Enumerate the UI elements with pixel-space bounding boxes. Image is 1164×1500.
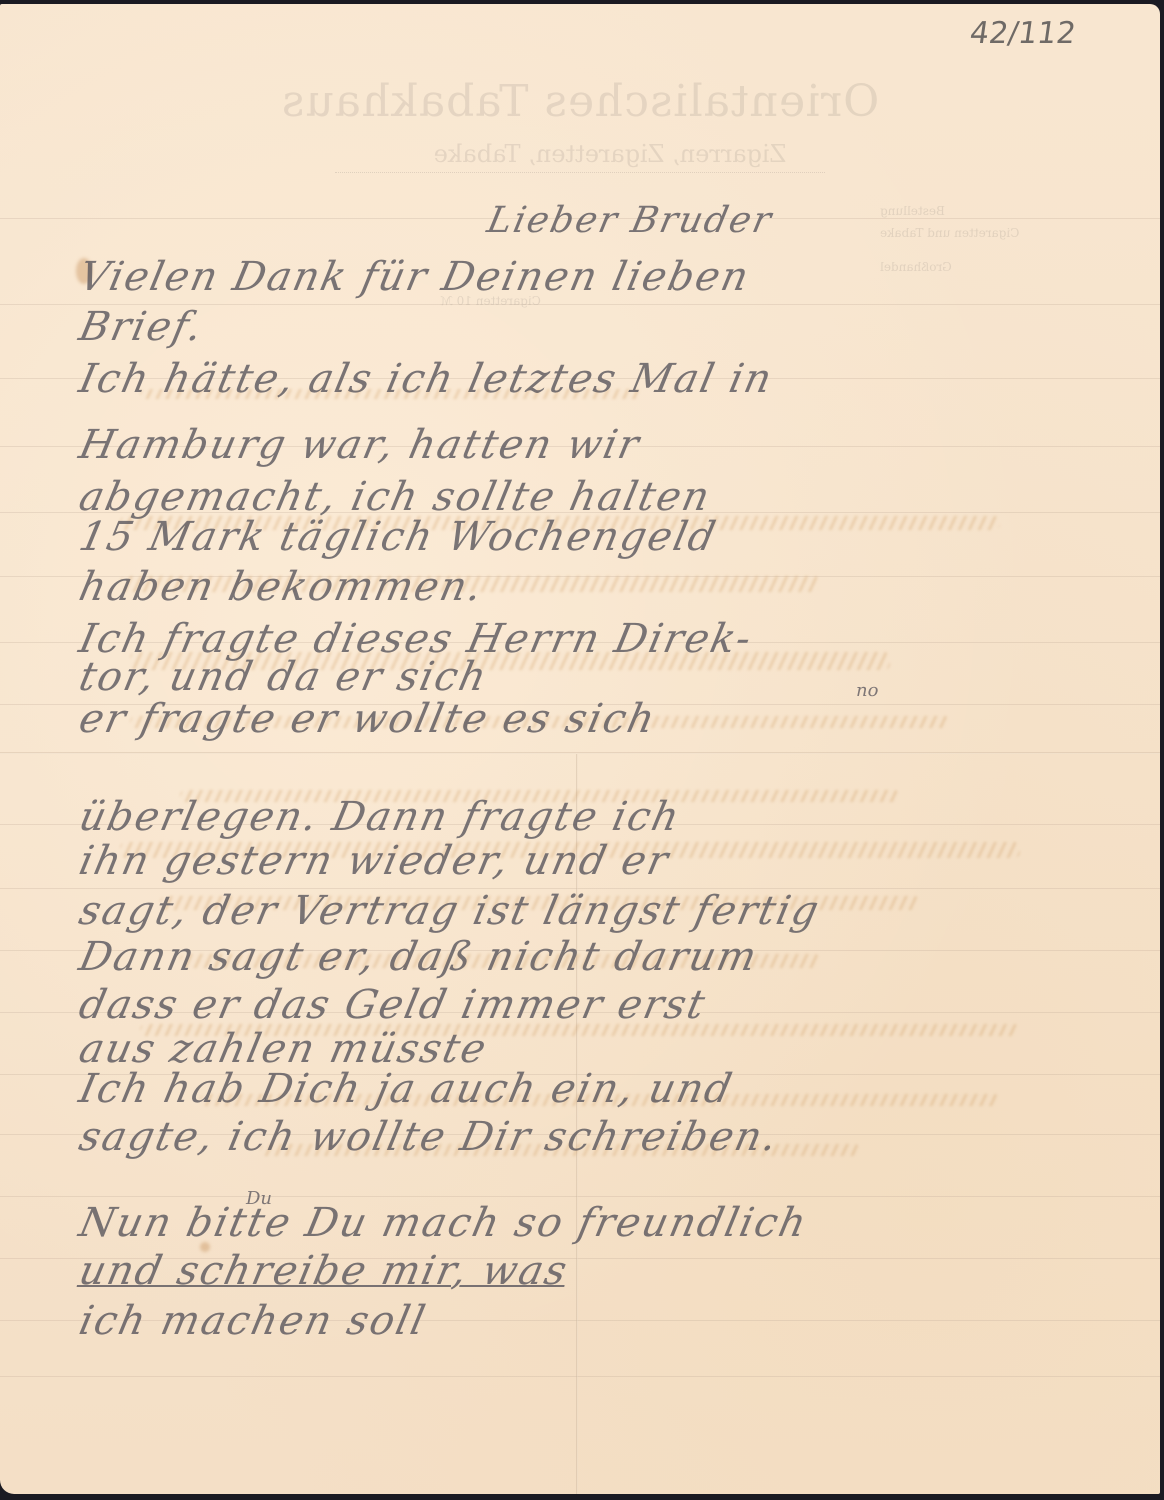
letter-sheet: Orientalisches Tabakhaus Zigarren, Zigar… bbox=[0, 4, 1160, 1494]
letter-line: Nun bitte Du mach so freundlich bbox=[75, 1200, 812, 1246]
letter-line: Ich hätte, als ich letztes Mal in bbox=[75, 356, 777, 402]
letterhead-side-line: Großhandel bbox=[880, 260, 952, 274]
letter-line: Hamburg war, hatten wir bbox=[75, 422, 645, 468]
letter-line: und schreibe mir, was bbox=[75, 1248, 572, 1294]
letter-line: sagt, der Vertrag ist längst fertig bbox=[75, 888, 824, 934]
letter-line: Ich hab Dich ja auch ein, und bbox=[75, 1066, 737, 1112]
letterhead-company: Orientalisches Tabakhaus bbox=[240, 76, 920, 127]
letterhead-rule bbox=[335, 172, 825, 173]
letter-line: Brief. bbox=[75, 304, 208, 350]
interlinear-insertion: no bbox=[856, 680, 878, 701]
letter-line: 15 Mark täglich Wochengeld bbox=[75, 514, 721, 560]
letter-line: tor, und da er sich bbox=[75, 654, 492, 700]
salutation: Lieber Bruder bbox=[484, 200, 777, 241]
letter-line: haben bekommen. bbox=[75, 564, 488, 610]
letter-line: überlegen. Dann fragte ich bbox=[75, 794, 685, 840]
ruled-line bbox=[0, 1196, 1160, 1197]
letter-line: dass er das Geld immer erst bbox=[75, 982, 710, 1028]
archive-number: 42/112 bbox=[968, 16, 1078, 51]
horizontal-fold bbox=[0, 752, 1160, 754]
letterhead-side-line: Bestellung bbox=[880, 204, 945, 218]
letter-line: sagte, ich wollte Dir schreiben. bbox=[75, 1114, 783, 1160]
letterhead-side-line: Cigaretten und Tabake bbox=[880, 226, 1019, 240]
letter-line: Dann sagt er, daß nicht darum bbox=[75, 934, 762, 980]
letter-line: ihn gestern wieder, und er bbox=[75, 838, 674, 884]
ruled-line bbox=[0, 1376, 1160, 1377]
letterhead-subtitle: Zigarren, Zigaretten, Tabake bbox=[330, 140, 890, 168]
letter-line: ich machen soll bbox=[75, 1298, 431, 1344]
letter-line: er fragte er wollte es sich bbox=[75, 696, 660, 742]
letter-line: Vielen Dank für Deinen lieben bbox=[75, 254, 754, 300]
